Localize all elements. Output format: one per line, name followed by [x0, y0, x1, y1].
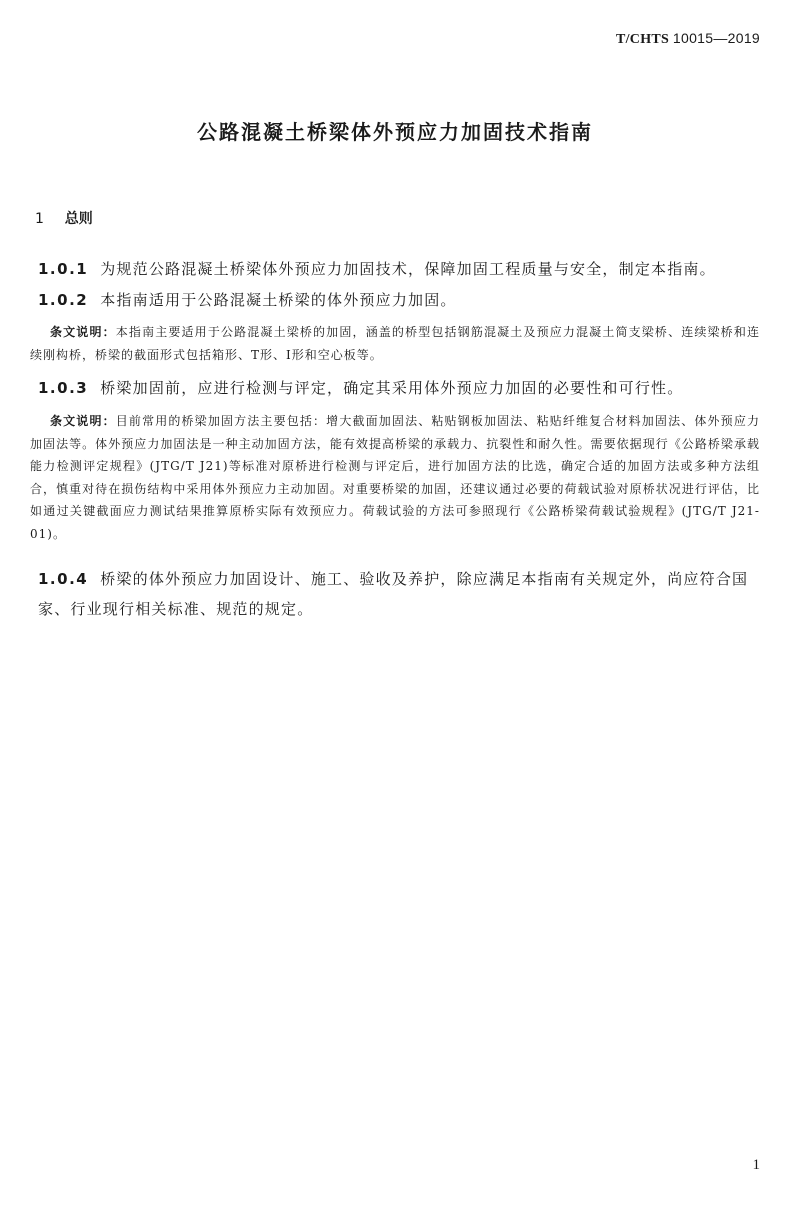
commentary-text: 目前常用的桥梁加固方法主要包括：增大截面加固法、粘贴钢板加固法、粘贴纤维复合材料… — [30, 414, 760, 541]
standard-code-prefix: T/CHTS — [616, 32, 669, 47]
clause-1-0-2: 1.0.2本指南适用于公路混凝土桥梁的体外预应力加固。 — [38, 285, 758, 315]
commentary-note: 条文说明：本指南主要适用于公路混凝土梁桥的加固，涵盖的桥型包括钢筋混凝土及预应力… — [30, 321, 760, 366]
clause-text: 桥梁加固前，应进行检测与评定，确定其采用体外预应力加固的必要性和可行性。 — [100, 379, 683, 397]
clause-text: 为规范公路混凝土桥梁体外预应力加固技术，保障加固工程质量与安全，制定本指南。 — [100, 260, 716, 278]
chapter-heading: 1 总则 — [35, 208, 93, 228]
clause-number: 1.0.2 — [38, 291, 88, 309]
commentary-label: 条文说明： — [50, 414, 116, 428]
clause-number: 1.0.1 — [38, 260, 88, 278]
clause-text: 本指南适用于公路混凝土桥梁的体外预应力加固。 — [100, 291, 456, 309]
clause-number: 1.0.4 — [38, 570, 88, 588]
commentary-label: 条文说明： — [50, 325, 116, 339]
standard-code-number: 10015—2019 — [673, 30, 760, 46]
standard-code: T/CHTS 10015—2019 — [616, 30, 760, 48]
commentary-note: 条文说明：目前常用的桥梁加固方法主要包括：增大截面加固法、粘贴钢板加固法、粘贴纤… — [30, 410, 760, 545]
page-number: 1 — [753, 1157, 761, 1174]
clause-1-0-1: 1.0.1为规范公路混凝土桥梁体外预应力加固技术，保障加固工程质量与安全，制定本… — [38, 254, 758, 284]
clause-1-0-4: 1.0.4桥梁的体外预应力加固设计、施工、验收及养护，除应满足本指南有关规定外，… — [38, 564, 758, 624]
chapter-title: 总则 — [65, 211, 93, 227]
clause-number: 1.0.3 — [38, 379, 88, 397]
commentary-text: 本指南主要适用于公路混凝土梁桥的加固，涵盖的桥型包括钢筋混凝土及预应力混凝土简支… — [30, 325, 760, 362]
document-title: 公路混凝土桥梁体外预应力加固技术指南 — [0, 116, 790, 145]
chapter-number: 1 — [35, 211, 44, 227]
clause-1-0-3: 1.0.3桥梁加固前，应进行检测与评定，确定其采用体外预应力加固的必要性和可行性… — [38, 373, 758, 403]
clause-text: 桥梁的体外预应力加固设计、施工、验收及养护，除应满足本指南有关规定外，尚应符合国… — [38, 570, 748, 618]
